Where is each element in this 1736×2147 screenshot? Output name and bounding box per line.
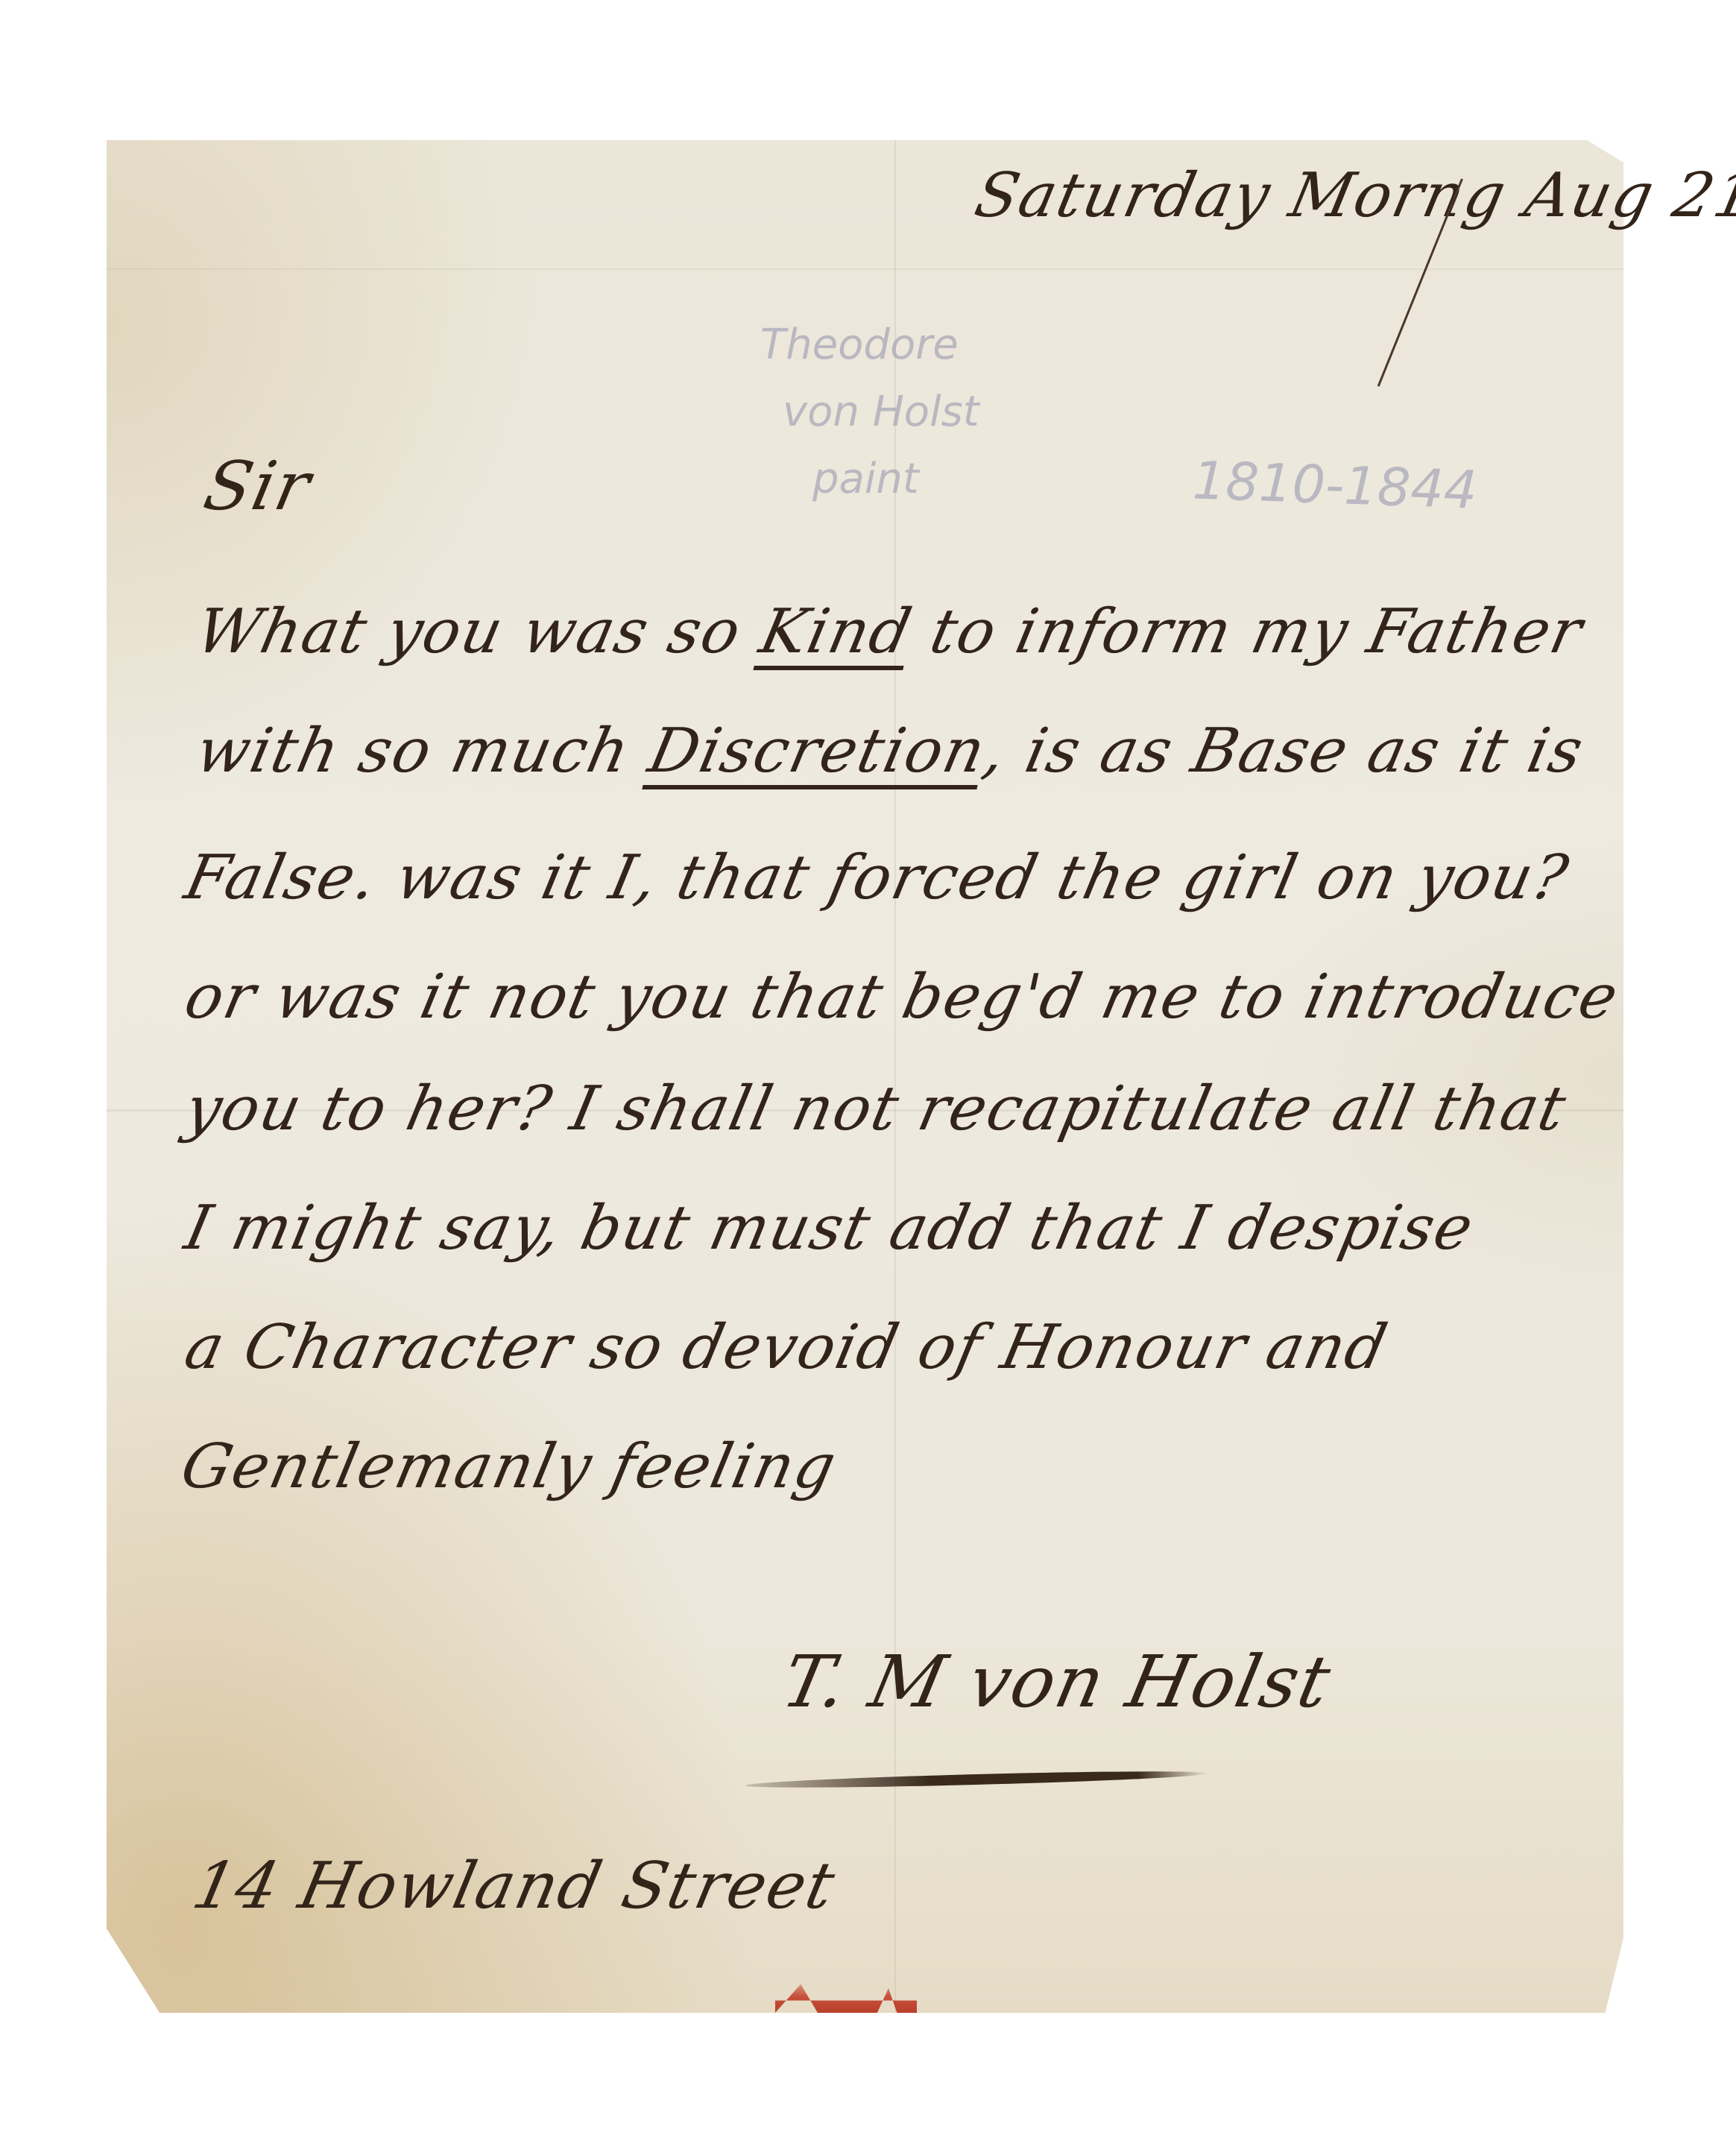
salutation: Sir	[198, 447, 318, 526]
body-line-7: a Character so devoid of Honour and	[179, 1312, 1394, 1383]
body-line-1-text-a: What you was so	[190, 596, 769, 667]
body-line-4: or was it not you that beg'd me to intro…	[179, 962, 1625, 1032]
body-line-2-text-b: , is as Base as it is	[977, 716, 1590, 786]
underlined-word-discretion: Discretion	[643, 716, 992, 786]
body-line-2-text-a: with so much	[190, 716, 657, 786]
pencil-note-dates: 1810-1844	[1192, 450, 1478, 520]
pencil-note-line-2: von Holst	[783, 388, 979, 436]
body-line-3: False. was it I, that forced the girl on…	[179, 842, 1575, 913]
body-line-1-text-b: to inform my Father	[903, 596, 1589, 667]
pencil-note-line-3: paint	[812, 455, 919, 503]
address: 14 Howland Street	[186, 1849, 842, 1923]
body-line-6: I might say, but must add that I despise	[179, 1193, 1480, 1264]
body-line-5: you to her? I shall not recapitulate all…	[179, 1073, 1573, 1144]
top-fold-crease	[107, 268, 1623, 270]
underlined-word-kind: Kind	[754, 596, 918, 667]
dateline: Saturday Morng Aug 21 /30	[969, 160, 1736, 231]
body-line-8: Gentlemanly feeling	[175, 1431, 843, 1502]
signature: T. M von Holst	[775, 1640, 1339, 1724]
pencil-note-line-1: Theodore	[760, 321, 959, 369]
body-line-1: What you was so Kind to inform my Father	[190, 596, 1589, 667]
body-line-2: with so much Discretion, is as Base as i…	[190, 716, 1590, 786]
